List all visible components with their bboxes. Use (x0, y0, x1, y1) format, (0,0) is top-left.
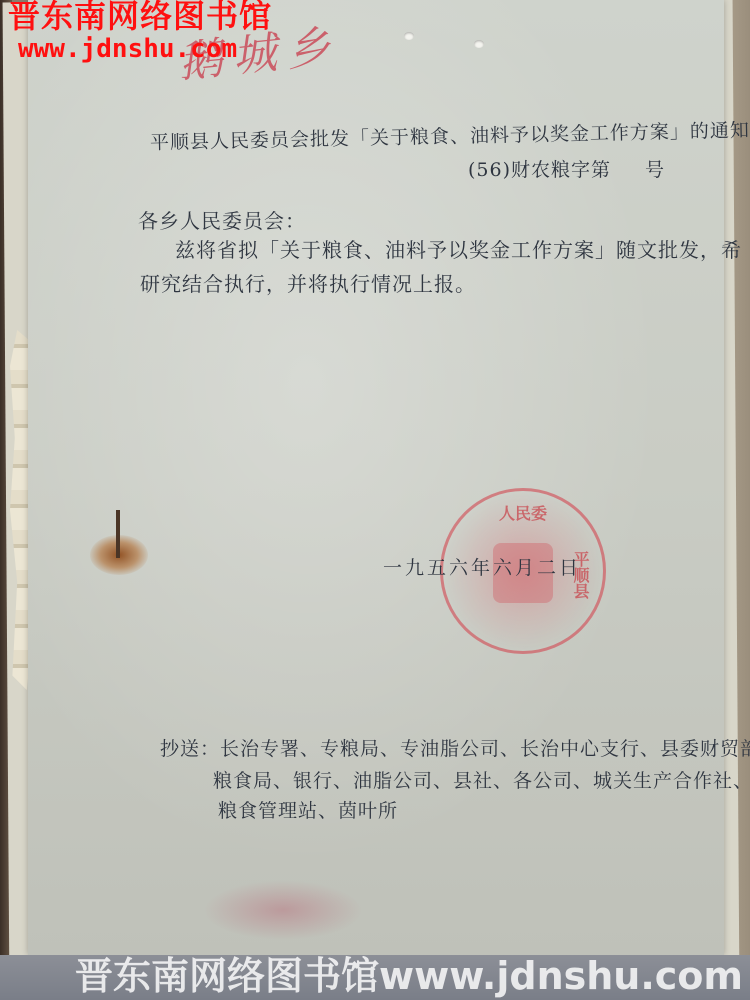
watermark-bottom-title: 晋东南网络图书馆 (75, 954, 379, 998)
watermark-top-url: www.jdnshu.com (18, 36, 272, 62)
document-number-suffix: 号 (645, 159, 665, 181)
staple (116, 510, 120, 558)
seal-text-top: 人民委 (499, 501, 547, 524)
document-number-prefix: (56)财农粮字第 (468, 159, 611, 181)
watermark-bottom: 晋东南网络图书馆www.jdnshu.com (75, 957, 743, 995)
watermark-top: 晋东南网络图书馆 www.jdnshu.com (8, 0, 272, 62)
recipient-line: 各乡人民委员会： (138, 205, 306, 234)
watermark-bottom-url: www.jdnshu.com (379, 954, 743, 998)
watermark-top-title: 晋东南网络图书馆 (8, 0, 272, 32)
punch-hole (404, 32, 414, 40)
cc-list-line: 抄送：长治专署、专粮局、专油脂公司、长治中心支行、县委财贸部 (160, 734, 750, 761)
document-date: 一九五六年六月二日 (383, 553, 581, 580)
red-ink-smudge (203, 880, 363, 940)
punch-hole (474, 40, 484, 48)
cc-list-line: 粮食局、银行、油脂公司、县社、各公司、城关生产合作社、 (213, 766, 750, 793)
document-number: (56)财农粮字第号 (468, 155, 665, 182)
cc-list-line: 粮食管理站、茵叶所 (218, 796, 398, 823)
body-paragraph-line: 兹将省拟「关于粮食、油料予以奖金工作方案」随文批发，希 (175, 234, 742, 263)
body-paragraph-line: 研究结合执行，并将执行情况上报。 (140, 268, 476, 297)
